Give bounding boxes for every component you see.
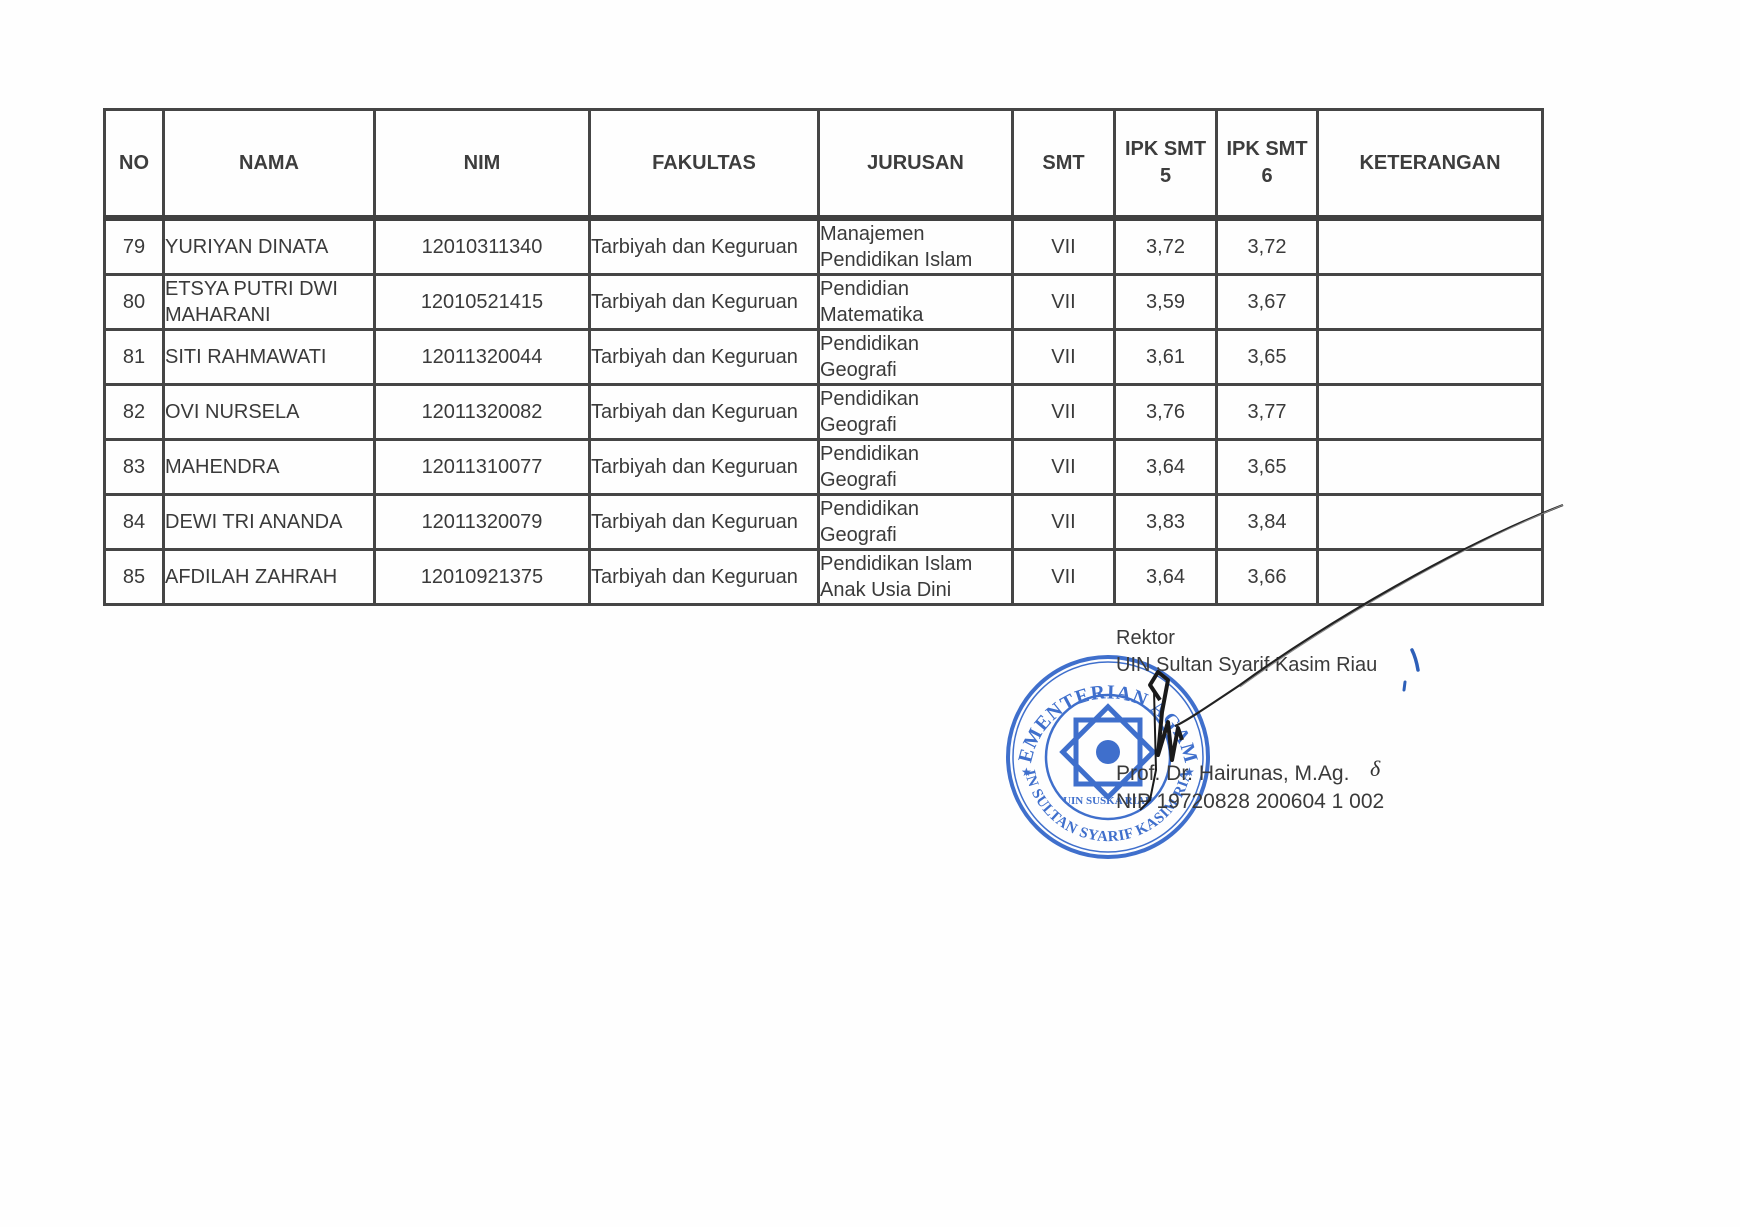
cell-ipk-smt-5: 3,64 — [1115, 550, 1217, 605]
cell-smt: VII — [1013, 550, 1115, 605]
cell-ipk-smt-5: 3,76 — [1115, 385, 1217, 440]
cell-nama-line1: SITI RAHMAWATI — [165, 344, 373, 370]
cell-nim: 12010921375 — [375, 550, 590, 605]
table-row: 81SITI RAHMAWATI12011320044Tarbiyah dan … — [105, 330, 1543, 385]
cell-no: 82 — [105, 385, 164, 440]
cell-keterangan — [1318, 495, 1543, 550]
cell-smt: VII — [1013, 330, 1115, 385]
cell-fakultas: Tarbiyah dan Keguruan — [590, 330, 819, 385]
cell-no: 83 — [105, 440, 164, 495]
cell-nim: 12011320044 — [375, 330, 590, 385]
cell-jurusan: PendidikanGeografi — [819, 385, 1013, 440]
header-ipk-smt-6: IPK SMT 6 — [1217, 110, 1318, 219]
cell-fakultas: Tarbiyah dan Keguruan — [590, 495, 819, 550]
cell-jurusan: PendidikanGeografi — [819, 495, 1013, 550]
cell-nama: OVI NURSELA — [164, 385, 375, 440]
cell-jurusan-line1: Pendidikan — [820, 331, 1011, 357]
cell-ipk-smt-6: 3,67 — [1217, 275, 1318, 330]
cell-fakultas: Tarbiyah dan Keguruan — [590, 550, 819, 605]
cell-ipk-smt-5: 3,59 — [1115, 275, 1217, 330]
cell-jurusan-line1: Pendidikan — [820, 386, 1011, 412]
cell-ipk-smt-6: 3,65 — [1217, 440, 1318, 495]
cell-nama-line1: YURIYAN DINATA — [165, 234, 373, 260]
cell-smt: VII — [1013, 218, 1115, 275]
svg-text:δ: δ — [1370, 756, 1381, 781]
cell-fakultas: Tarbiyah dan Keguruan — [590, 440, 819, 495]
cell-keterangan — [1318, 440, 1543, 495]
cell-jurusan-line1: Pendidikan — [820, 496, 1011, 522]
document-page: NO NAMA NIM FAKULTAS JURUSAN SMT IPK SMT… — [0, 0, 1740, 1227]
cell-nama-line2: MAHARANI — [165, 302, 373, 328]
cell-no: 85 — [105, 550, 164, 605]
cell-nama: AFDILAH ZAHRAH — [164, 550, 375, 605]
student-table: NO NAMA NIM FAKULTAS JURUSAN SMT IPK SMT… — [103, 108, 1544, 606]
cell-jurusan-line1: Manajemen — [820, 221, 1011, 247]
cell-nama-line1: ETSYA PUTRI DWI — [165, 276, 373, 302]
cell-keterangan — [1318, 218, 1543, 275]
cell-fakultas: Tarbiyah dan Keguruan — [590, 385, 819, 440]
header-keterangan: KETERANGAN — [1318, 110, 1543, 219]
cell-jurusan: ManajemenPendidikan Islam — [819, 218, 1013, 275]
cell-no: 81 — [105, 330, 164, 385]
signature-institution: UIN Sultan Syarif Kasim Riau — [1116, 654, 1377, 677]
cell-ipk-smt-5: 3,83 — [1115, 495, 1217, 550]
cell-nama: DEWI TRI ANANDA — [164, 495, 375, 550]
cell-jurusan-line2: Geografi — [820, 522, 1011, 548]
cell-ipk-smt-6: 3,84 — [1217, 495, 1318, 550]
cell-keterangan — [1318, 385, 1543, 440]
cell-jurusan: PendidikanGeografi — [819, 440, 1013, 495]
cell-ipk-smt-6: 3,77 — [1217, 385, 1318, 440]
cell-nama: YURIYAN DINATA — [164, 218, 375, 275]
cell-ipk-smt-6: 3,66 — [1217, 550, 1318, 605]
cell-jurusan-line1: Pendidikan Islam — [820, 551, 1011, 577]
table-header-row: NO NAMA NIM FAKULTAS JURUSAN SMT IPK SMT… — [105, 110, 1543, 219]
cell-ipk-smt-6: 3,65 — [1217, 330, 1318, 385]
table-row: 83MAHENDRA12011310077Tarbiyah dan Keguru… — [105, 440, 1543, 495]
cell-jurusan: PendidikanGeografi — [819, 330, 1013, 385]
table-row: 84DEWI TRI ANANDA12011320079Tarbiyah dan… — [105, 495, 1543, 550]
signature-nip: NIP 19720828 200604 1 002 — [1116, 790, 1384, 814]
cell-jurusan-line2: Anak Usia Dini — [820, 577, 1011, 603]
cell-fakultas: Tarbiyah dan Keguruan — [590, 275, 819, 330]
cell-no: 80 — [105, 275, 164, 330]
cell-jurusan-line1: Pendidian — [820, 276, 1011, 302]
table-row: 82OVI NURSELA12011320082Tarbiyah dan Keg… — [105, 385, 1543, 440]
header-jurusan: JURUSAN — [819, 110, 1013, 219]
header-ipk5-line2: 5 — [1116, 163, 1215, 190]
header-ipk6-line1: IPK SMT — [1218, 136, 1316, 163]
cell-nama: SITI RAHMAWATI — [164, 330, 375, 385]
cell-nama-line1: OVI NURSELA — [165, 399, 373, 425]
header-ipk6-line2: 6 — [1218, 163, 1316, 190]
header-nim: NIM — [375, 110, 590, 219]
header-smt: SMT — [1013, 110, 1115, 219]
cell-fakultas: Tarbiyah dan Keguruan — [590, 218, 819, 275]
cell-ipk-smt-5: 3,72 — [1115, 218, 1217, 275]
cell-smt: VII — [1013, 495, 1115, 550]
cell-nim: 12011320079 — [375, 495, 590, 550]
header-fakultas: FAKULTAS — [590, 110, 819, 219]
header-no: NO — [105, 110, 164, 219]
cell-smt: VII — [1013, 385, 1115, 440]
cell-nim: 12011320082 — [375, 385, 590, 440]
cell-nama-line1: MAHENDRA — [165, 454, 373, 480]
cell-no: 79 — [105, 218, 164, 275]
cell-keterangan — [1318, 275, 1543, 330]
cell-nim: 12011310077 — [375, 440, 590, 495]
signature-title: Rektor — [1116, 627, 1175, 650]
header-nama: NAMA — [164, 110, 375, 219]
table-row: 79YURIYAN DINATA12010311340Tarbiyah dan … — [105, 218, 1543, 275]
stamp-star-left-icon: ★ — [1021, 765, 1032, 779]
cell-ipk-smt-5: 3,64 — [1115, 440, 1217, 495]
cell-ipk-smt-5: 3,61 — [1115, 330, 1217, 385]
table-row: 80ETSYA PUTRI DWIMAHARANI12010521415Tarb… — [105, 275, 1543, 330]
cell-nama: ETSYA PUTRI DWIMAHARANI — [164, 275, 375, 330]
cell-nama-line1: AFDILAH ZAHRAH — [165, 564, 373, 590]
cell-jurusan: Pendidikan IslamAnak Usia Dini — [819, 550, 1013, 605]
table-row: 85AFDILAH ZAHRAH12010921375Tarbiyah dan … — [105, 550, 1543, 605]
cell-jurusan-line2: Geografi — [820, 412, 1011, 438]
cell-jurusan-line1: Pendidikan — [820, 441, 1011, 467]
header-ipk5-line1: IPK SMT — [1116, 136, 1215, 163]
signature-name: Prof. Dr. Hairunas, M.Ag. — [1116, 762, 1349, 786]
cell-jurusan-line2: Matematika — [820, 302, 1011, 328]
cell-keterangan — [1318, 330, 1543, 385]
cell-smt: VII — [1013, 275, 1115, 330]
cell-nim: 12010311340 — [375, 218, 590, 275]
cell-keterangan — [1318, 550, 1543, 605]
university-stamp: KEMENTERIAN AGAMA UIN SULTAN SYARIF KASI… — [1003, 652, 1213, 862]
cell-nama: MAHENDRA — [164, 440, 375, 495]
cell-jurusan-line2: Pendidikan Islam — [820, 247, 1011, 273]
cell-jurusan-line2: Geografi — [820, 467, 1011, 493]
cell-smt: VII — [1013, 440, 1115, 495]
header-ipk-smt-5: IPK SMT 5 — [1115, 110, 1217, 219]
cell-no: 84 — [105, 495, 164, 550]
cell-jurusan: PendidianMatematika — [819, 275, 1013, 330]
cell-jurusan-line2: Geografi — [820, 357, 1011, 383]
cell-nim: 12010521415 — [375, 275, 590, 330]
cell-nama-line1: DEWI TRI ANANDA — [165, 509, 373, 535]
cell-ipk-smt-6: 3,72 — [1217, 218, 1318, 275]
